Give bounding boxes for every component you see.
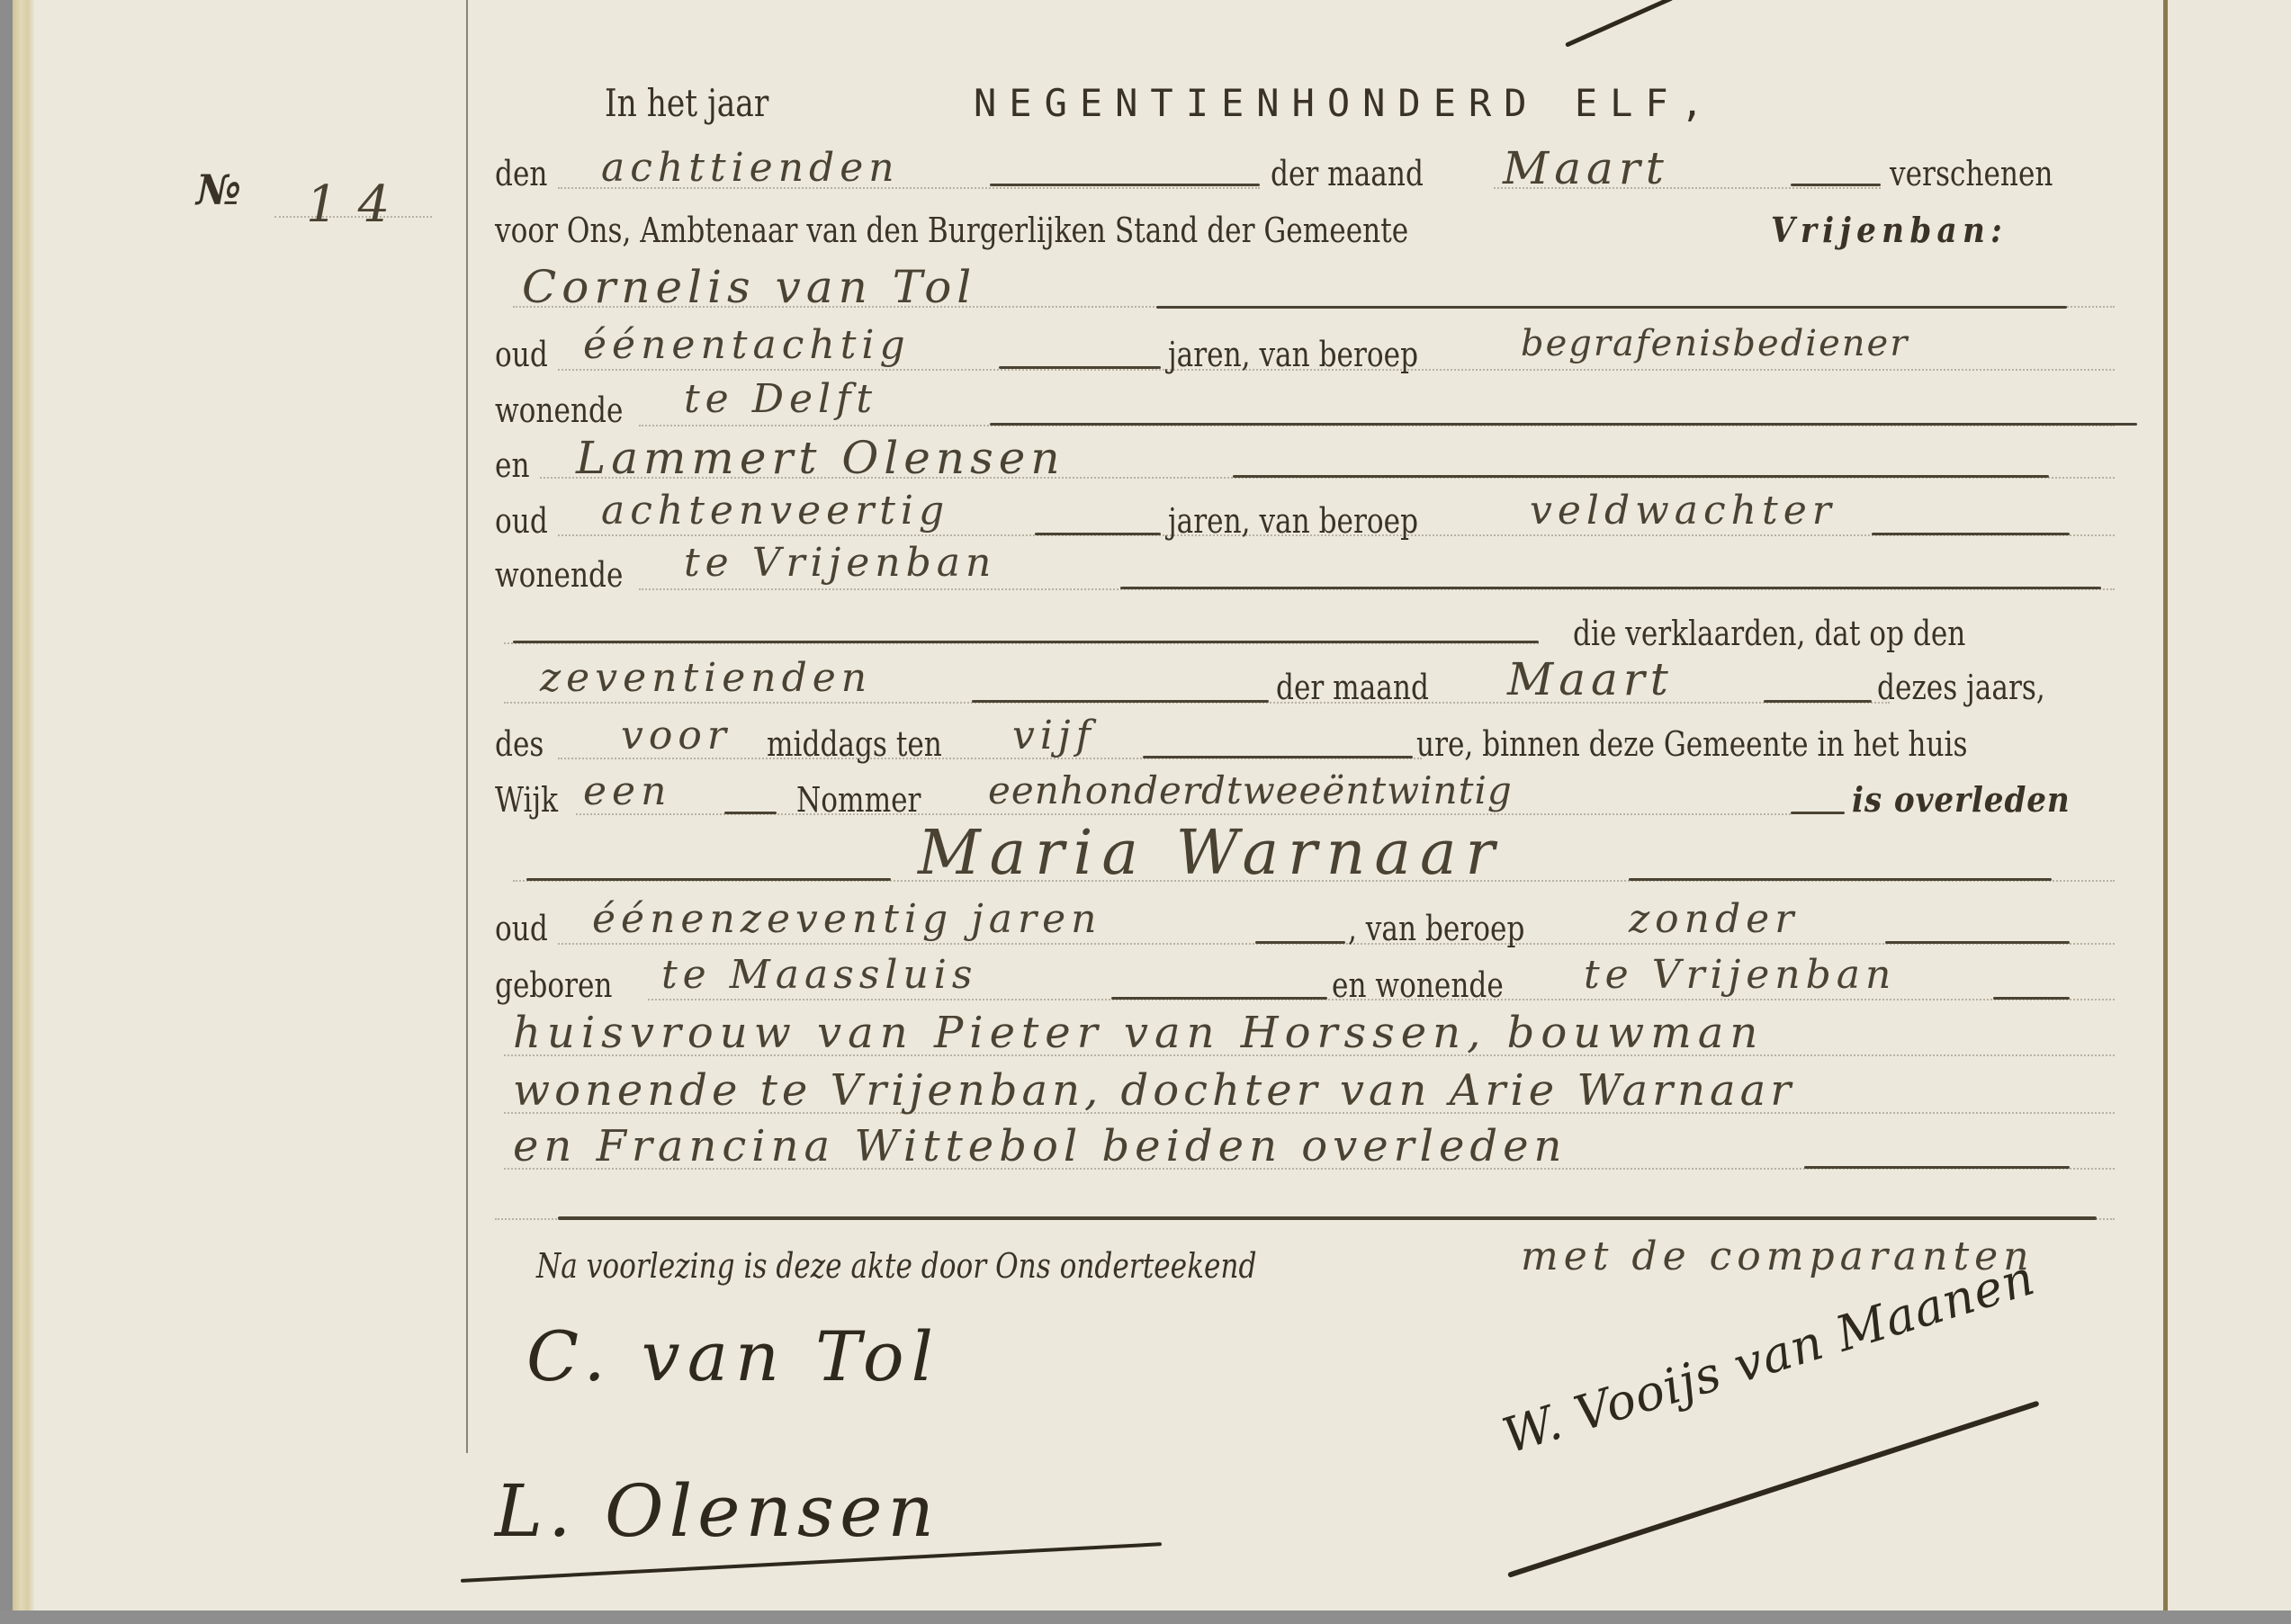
adjacent-page <box>2167 0 2291 1611</box>
heading-prefix: In het jaar <box>605 85 768 122</box>
closing-printed: Na voorlezing is deze akte door Ons onde… <box>536 1249 1256 1283</box>
label-wijk: Wijk <box>495 783 558 817</box>
label-oud: oud <box>495 337 548 372</box>
fill-rule <box>1629 878 2052 881</box>
witness2-age: achtenveertig <box>601 491 949 531</box>
label-jaren-beroep: jaren, van beroep <box>1168 504 1418 538</box>
act-number-label: № <box>196 169 241 211</box>
fill-rule <box>1872 533 2070 535</box>
label-nommer: Nommer <box>796 783 921 817</box>
fill-rule <box>513 641 1539 643</box>
label-oud: oud <box>495 504 548 538</box>
witness1-age: éénentachtig <box>583 326 911 365</box>
label-wonende: wonende <box>495 393 623 427</box>
spouse-line: huisvrouw van Pieter van Horssen, bouwma… <box>513 1011 1764 1054</box>
fill-rule <box>1035 533 1161 535</box>
label-wonende: wonende <box>495 558 623 592</box>
witness2-occupation: veldwachter <box>1530 491 1837 531</box>
label-en: en <box>495 448 530 482</box>
fill-rule <box>972 700 1269 703</box>
fill-rule <box>1791 184 1881 186</box>
label-middags-ten: middags ten <box>767 727 942 761</box>
fill-rule <box>999 366 1161 369</box>
witness1-residence: te Delft <box>684 380 877 419</box>
label-ure-binnen: ure, binnen deze Gemeente in het huis <box>1416 727 1967 761</box>
daypart: voor <box>621 716 732 756</box>
mother-line: en Francina Wittebol beiden overleden <box>513 1125 1567 1168</box>
act-number: 14 <box>306 180 409 230</box>
label-verschenen: verschenen <box>1890 157 2053 191</box>
fill-rule <box>1233 475 2049 478</box>
fill-rule <box>1255 941 1345 944</box>
death-hour: vijf <box>1012 716 1096 756</box>
fill-rule <box>526 878 891 881</box>
fill-rule <box>990 423 2137 426</box>
fill-rule <box>1120 587 2101 589</box>
fill-rule <box>1143 756 1413 758</box>
witness1-name: Cornelis van Tol <box>522 265 976 310</box>
label-der-maand: der maand <box>1271 157 1424 191</box>
fill-rule <box>1111 997 1327 1000</box>
house-number: eenhonderdtweeëntwintig <box>988 772 1513 810</box>
fill-rule <box>1804 1166 2070 1169</box>
wijk-value: een <box>583 772 671 812</box>
label-en-wonende: en wonende <box>1332 968 1504 1002</box>
fill-rule <box>1885 941 2070 944</box>
death-month: Maart <box>1507 657 1674 702</box>
witness2-name: Lammert Olensen <box>576 435 1065 480</box>
label-is-overleden: is overleden <box>1852 783 2071 817</box>
witness1-occupation: begrafenisbediener <box>1521 326 1909 362</box>
fill-rule <box>1156 306 2067 309</box>
deceased-name: Maria Warnaar <box>918 823 1504 884</box>
fill-rule <box>1791 812 1845 814</box>
label-jaren-beroep: jaren, van beroep <box>1168 337 1418 372</box>
heading-year: NEGENTIENHONDERD ELF, <box>974 85 1716 122</box>
page-edge <box>13 0 34 1611</box>
page-fold <box>2163 0 2168 1611</box>
field-month: Maart <box>1503 146 1669 191</box>
deceased-age: éénenzeventig jaren <box>592 900 1101 939</box>
municipality: Vrijenban: <box>1771 213 2008 247</box>
birthplace: te Maassluis <box>661 956 977 995</box>
signature-witness2: L. Olensen <box>495 1476 939 1548</box>
label-oud: oud <box>495 911 548 946</box>
deceased-occupation: zonder <box>1629 900 1799 939</box>
fill-rule <box>1993 997 2070 1000</box>
label-dezes-jaars: dezes jaars, <box>1877 670 2045 704</box>
field-day: achttienden <box>601 148 900 188</box>
label-der-maand: der maand <box>1276 670 1429 704</box>
fill-rule <box>1764 700 1872 703</box>
parents-line: wonende te Vrijenban, dochter van Arie W… <box>513 1069 1795 1112</box>
fill-rule <box>724 812 777 814</box>
deceased-residence: te Vrijenban <box>1584 956 1896 995</box>
label-geboren: geboren <box>495 968 613 1002</box>
label-den: den <box>495 157 547 191</box>
margin-rule <box>466 0 468 1453</box>
label-die-verklaarden: die verklaarden, dat op den <box>1573 616 1965 650</box>
death-day: zeventienden <box>540 659 872 698</box>
label-voor-ons: voor Ons, Ambtenaar van den Burgerlijken… <box>495 213 1408 247</box>
fill-rule <box>990 184 1260 186</box>
scan-border <box>0 1611 2291 1624</box>
label-des: des <box>495 727 544 761</box>
closing-rule <box>558 1216 2097 1220</box>
witness2-residence: te Vrijenban <box>684 543 996 583</box>
signature-witness1: C. van Tol <box>526 1323 940 1391</box>
label-van-beroep: , van beroep <box>1348 911 1524 946</box>
